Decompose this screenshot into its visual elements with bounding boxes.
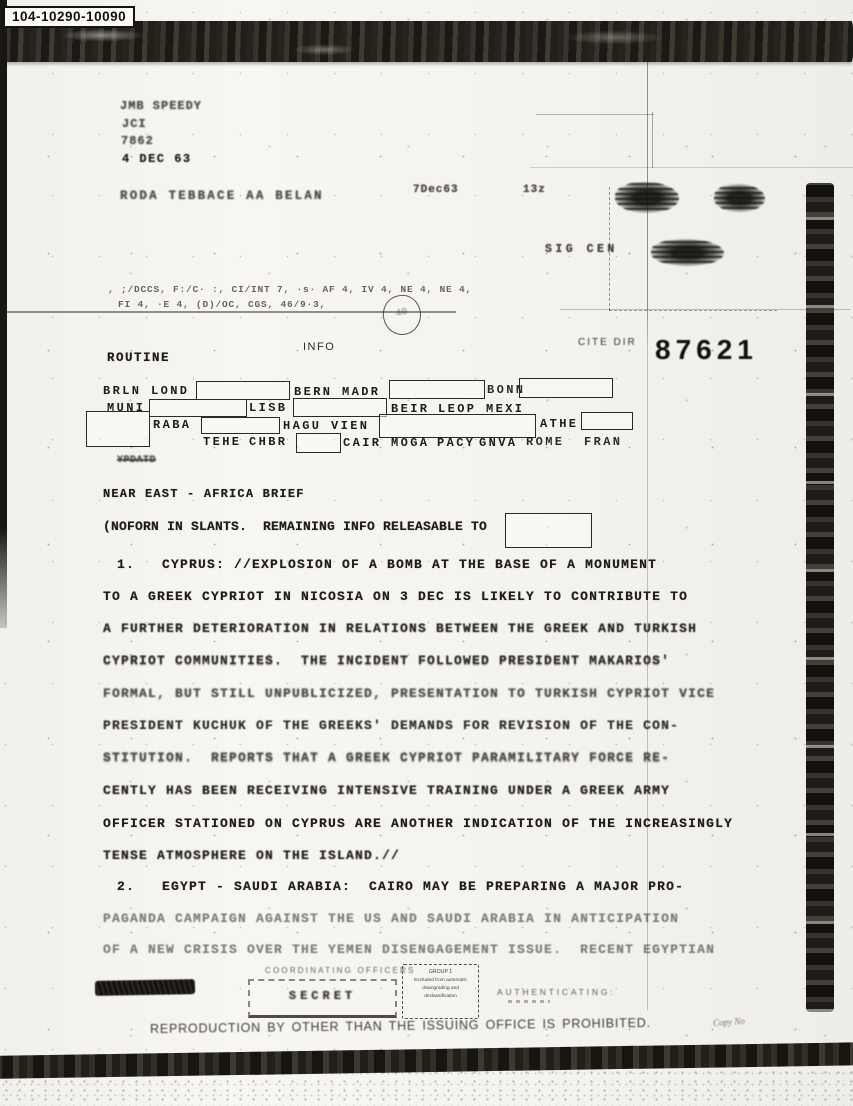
station-code: RABA	[153, 418, 191, 432]
record-number-box: 104-10290-10090	[3, 6, 135, 28]
redaction-box	[86, 411, 150, 447]
group-stamp-line: downgrading and	[411, 985, 471, 991]
station-code: MOGA	[391, 436, 429, 450]
redaction-box	[505, 513, 592, 548]
sig-cen-stamp: SIG CEN	[545, 243, 618, 256]
redaction-box	[296, 433, 341, 453]
cable-body-line: CENTLY HAS BEEN RECEIVING INTENSIVE TRAI…	[103, 783, 670, 798]
station-code: BERN	[294, 385, 332, 399]
subject-line: NEAR EAST - AFRICA BRIEF	[103, 487, 305, 501]
station-code: LISB	[249, 401, 287, 415]
authenticating-label: AUTHENTICATING:	[497, 987, 615, 997]
reproduction-notice: REPRODUCTION BY OTHER THAN THE ISSUING O…	[150, 1016, 651, 1036]
station-code: BONN	[487, 383, 525, 397]
redaction-box	[293, 398, 387, 417]
station-code: MADR	[342, 385, 380, 399]
station-code: HAGU	[283, 419, 321, 433]
ink-stamp-blob	[651, 239, 724, 266]
cable-body-line: STITUTION. REPORTS THAT A GREEK CYPRIOT …	[103, 750, 670, 765]
faint-bracket-right	[652, 112, 653, 168]
classification-stamp: SECRET	[250, 981, 395, 1011]
redaction-box	[581, 412, 633, 430]
caveat-line: (NOFORN IN SLANTS. REMAINING INFO RELEAS…	[103, 519, 487, 534]
station-code: PACY	[437, 436, 475, 450]
cable-body-line: OF A NEW CRISIS OVER THE YEMEN DISENGAGE…	[103, 942, 715, 957]
faint-bracket-top	[536, 114, 654, 115]
station-code: ATHE	[540, 417, 578, 431]
station-code: ROME	[526, 435, 564, 449]
circle-mark-text: 40	[380, 293, 423, 336]
cable-body-line: A FURTHER DETERIORATION IN RELATIONS BET…	[103, 621, 697, 636]
scanned-cable-page: 40 104-10290-10090 JMB SPEEDY JCI 7862 4…	[0, 0, 853, 1106]
redaction-box	[149, 399, 247, 417]
copy-number-label: Copy No	[713, 1016, 745, 1028]
redaction-box	[201, 417, 280, 434]
station-code: TEHE	[203, 435, 241, 449]
station-code: BEIR	[391, 402, 429, 416]
header-stamp-line: JCI	[122, 117, 147, 131]
station-code: GNVA	[479, 436, 517, 450]
station-code: LEOP	[438, 402, 476, 416]
pencil-routing-note: FI 4, ·E 4, (D)/OC, CGS, 46/9·3,	[118, 299, 326, 310]
cable-body-line: PRESIDENT KUCHUK OF THE GREEKS' DEMANDS …	[103, 718, 679, 733]
cable-body-line: OFFICER STATIONED ON CYPRUS ARE ANOTHER …	[103, 816, 733, 831]
cable-body-line: 1. CYPRUS: //EXPLOSION OF A BOMB AT THE …	[117, 557, 657, 572]
redaction-box	[379, 414, 536, 438]
record-number: 104-10290-10090	[12, 9, 126, 24]
redaction-box	[389, 380, 485, 399]
station-code: LOND	[151, 384, 189, 398]
header-stamp-line: 7862	[121, 134, 154, 148]
header-stamp-line: JMB SPEEDY	[120, 99, 202, 113]
classification-stamp-box: SECRET	[248, 979, 397, 1018]
group-stamp-line: declassification	[411, 993, 471, 999]
redacted-scribble	[95, 979, 195, 996]
redaction-box	[519, 378, 613, 398]
cable-body-line: FORMAL, BUT STILL UNPUBLICIZED, PRESENTA…	[103, 686, 715, 701]
cable-body-line: CYPRIOT COMMUNITIES. THE INCIDENT FOLLOW…	[103, 653, 670, 668]
station-code: CHBR	[249, 435, 287, 449]
station-code: FRAN	[584, 435, 622, 449]
handwritten-circle-mark: 40	[379, 291, 424, 338]
scan-left-edge-strip	[0, 0, 7, 628]
cite-dir-label: CITE DIR	[578, 337, 637, 348]
cable-number: 87621	[655, 334, 758, 366]
cable-body-line: TO A GREEK CYPRIOT IN NICOSIA ON 3 DEC I…	[103, 589, 688, 604]
info-label: INFO	[303, 341, 335, 353]
station-code: CAIR	[343, 436, 381, 450]
group-stamp-line: GROUP 1	[411, 969, 471, 975]
scan-right-edge-strip	[806, 183, 834, 1012]
station-code: BRLN	[103, 384, 141, 398]
pencil-routing-note: , ;/DCCS, F:/C· :, CI/INT 7, ·s· AF 4, I…	[108, 284, 472, 295]
faint-rule	[530, 167, 853, 168]
header-date: 4 DEC 63	[122, 152, 192, 166]
group-1-stamp-box: GROUP 1 Excluded from automatic downgrad…	[402, 964, 479, 1019]
authenticating-signature-marks	[508, 1000, 550, 1003]
cable-body-line: PAGANDA CAMPAIGN AGAINST THE US AND SAUD…	[103, 911, 679, 926]
cable-body-line: 2. EGYPT - SAUDI ARABIA: CAIRO MAY BE PR…	[117, 879, 684, 894]
struck-out-word: YPDATD	[117, 455, 156, 466]
header-from-line: RODA TEBBACE AA BELAN	[120, 189, 324, 203]
coordinating-officers-label: COORDINATING OFFICERS	[265, 966, 416, 975]
separator-line	[560, 309, 850, 310]
ink-stamp-blob	[714, 184, 765, 212]
station-code: MEXI	[486, 402, 524, 416]
header-time-group: 13z	[523, 184, 546, 196]
header-datetime: 7Dec63	[413, 184, 459, 196]
redaction-box	[196, 381, 290, 400]
cable-body-line: TENSE ATMOSPHERE ON THE ISLAND.//	[103, 848, 400, 863]
ink-stamp-blob	[615, 182, 679, 213]
precedence-label: ROUTINE	[107, 351, 170, 365]
scan-bottom-speckle	[0, 1068, 853, 1106]
station-code: VIEN	[331, 419, 369, 433]
station-code: MUNI	[107, 401, 145, 415]
group-stamp-line: Excluded from automatic	[411, 977, 471, 983]
